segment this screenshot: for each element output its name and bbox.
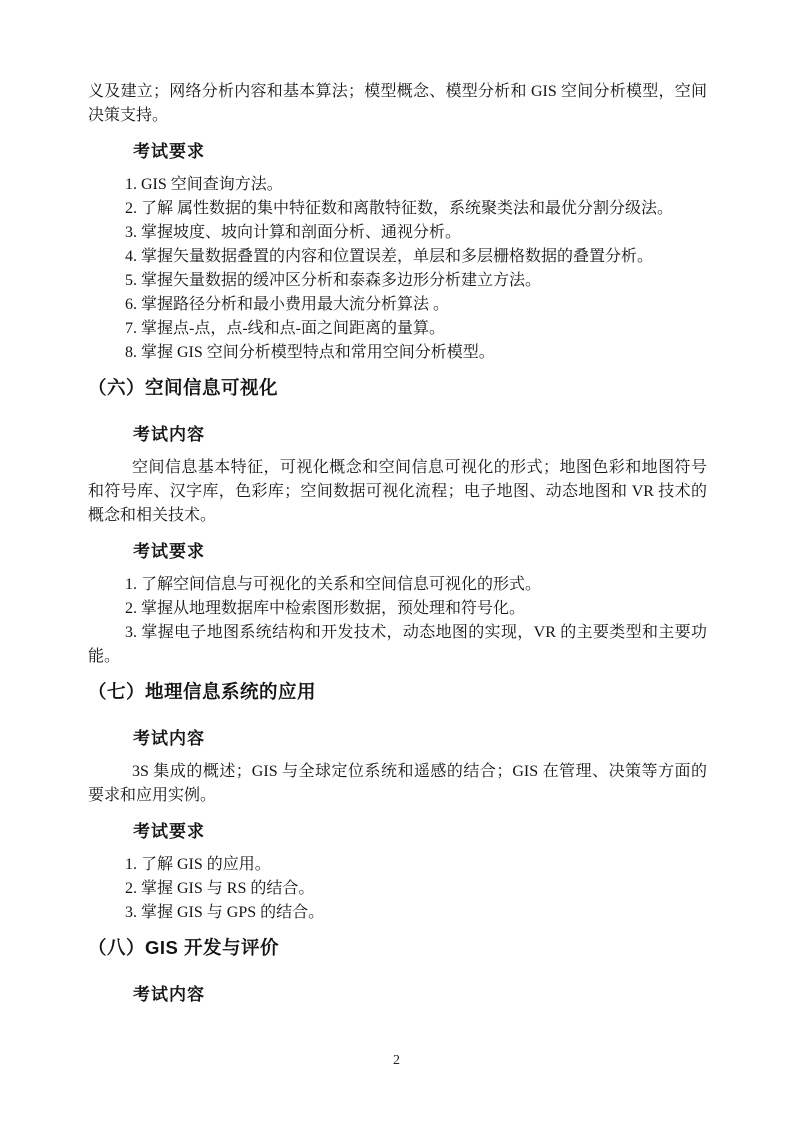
exam-content-heading-7: 考试内容 [88,727,707,751]
list-item: 8. 掌握 GIS 空间分析模型特点和常用空间分析模型。 [88,341,707,365]
section-heading-7: （七）地理信息系统的应用 [88,679,707,705]
section-heading-6: （六）空间信息可视化 [88,375,707,401]
section7-content-paragraph: 3S 集成的概述；GIS 与全球定位系统和遥感的结合；GIS 在管理、决策等方面… [88,760,707,808]
section-heading-8: （八）GIS 开发与评价 [88,935,707,961]
page-number: 2 [0,1053,793,1069]
list-item: 1. 了解空间信息与可视化的关系和空间信息可视化的形式。 [88,573,707,597]
list-item: 6. 掌握路径分析和最小费用最大流分析算法 。 [88,293,707,317]
list-item: 1. GIS 空间查询方法。 [88,173,707,197]
section6-content-paragraph: 空间信息基本特征，可视化概念和空间信息可视化的形式；地图色彩和地图符号和符号库、… [88,456,707,528]
list-item: 2. 掌握从地理数据库中检索图形数据，预处理和符号化。 [88,597,707,621]
exam-content-heading-8: 考试内容 [88,983,707,1007]
list-item: 5. 掌握矢量数据的缓冲区分析和泰森多边形分析建立方法。 [88,269,707,293]
list-item: 4. 掌握矢量数据叠置的内容和位置误差，单层和多层栅格数据的叠置分析。 [88,245,707,269]
exam-requirements-heading-7: 考试要求 [88,820,707,844]
exam-content-heading-6: 考试内容 [88,423,707,447]
list-item: 1. 了解 GIS 的应用。 [88,853,707,877]
document-page: 义及建立；网络分析内容和基本算法；模型概念、模型分析和 GIS 空间分析模型，空… [0,0,793,1121]
exam-requirements-heading-1: 考试要求 [88,140,707,164]
list-item: 3. 掌握 GIS 与 GPS 的结合。 [88,901,707,925]
list-item: 2. 掌握 GIS 与 RS 的结合。 [88,877,707,901]
list-item: 2. 了解 属性数据的集中特征数和离散特征数，系统聚类法和最优分割分级法。 [88,197,707,221]
list-item: 3. 掌握电子地图系统结构和开发技术，动态地图的实现，VR 的主要类型和主要功能… [88,621,707,669]
continuation-paragraph: 义及建立；网络分析内容和基本算法；模型概念、模型分析和 GIS 空间分析模型，空… [88,80,707,128]
exam-requirements-heading-6: 考试要求 [88,540,707,564]
list-item: 7. 掌握点-点，点-线和点-面之间距离的量算。 [88,317,707,341]
list-item: 3. 掌握坡度、坡向计算和剖面分析、通视分析。 [88,221,707,245]
